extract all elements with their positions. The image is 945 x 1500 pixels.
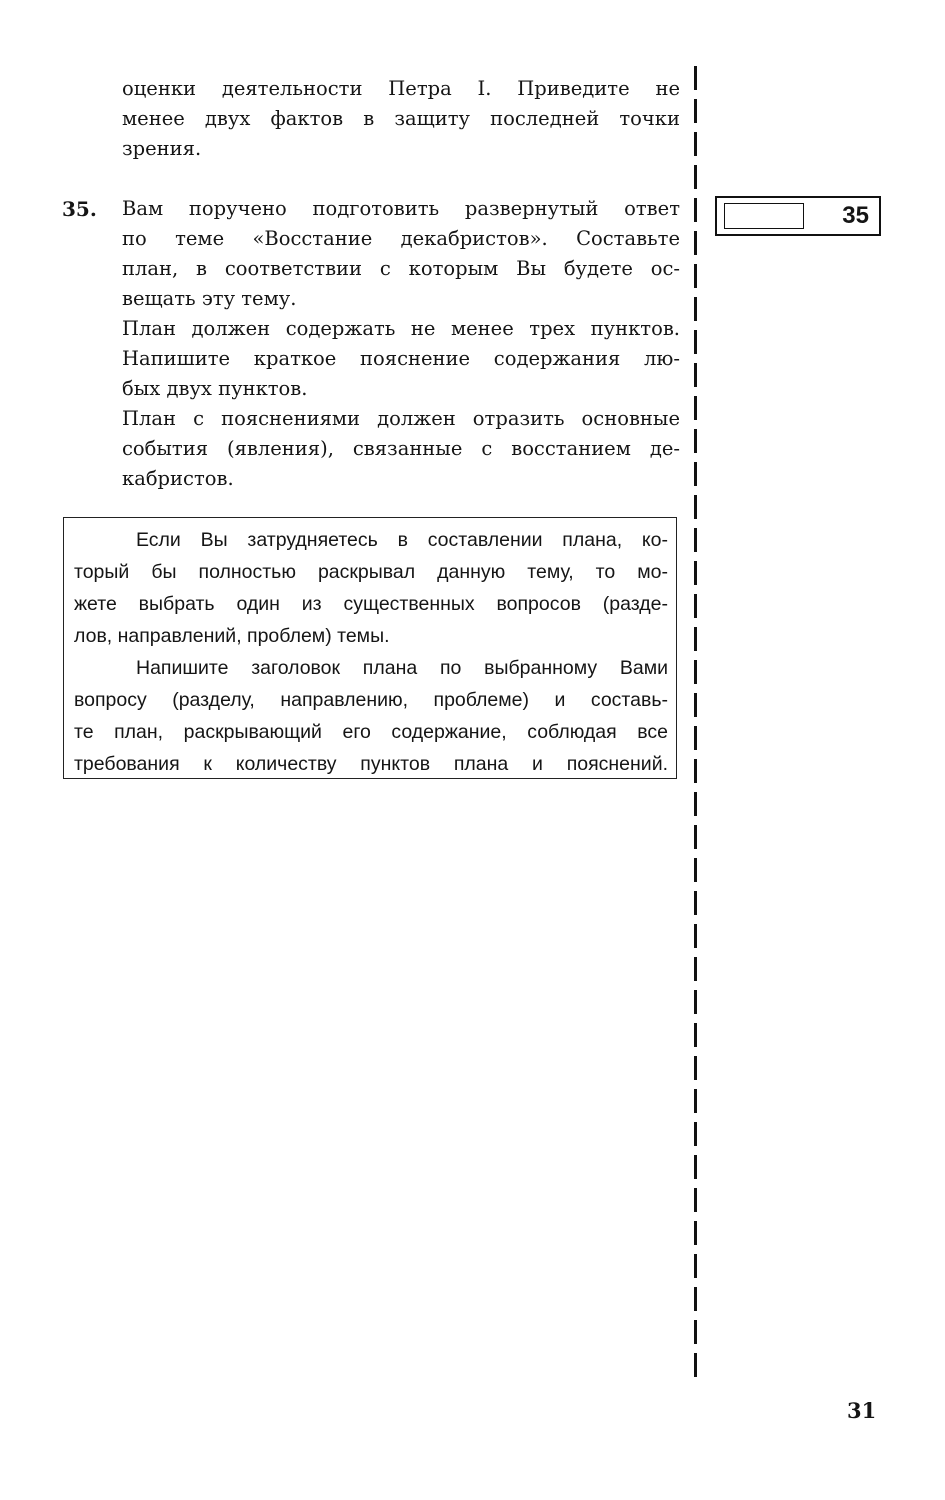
hint-line: торый бы полностью раскрывал данную тему… [74,556,668,588]
answer-box-task-number: 35 [842,201,869,231]
page-number: 31 [847,1398,876,1423]
text-line: менее двух фактов в защиту последней точ… [122,104,680,134]
hint-line: Напишите заголовок плана по выбранному В… [136,652,668,684]
task-line: Напишите краткое пояснение содержания лю… [122,344,680,374]
hint-box: Если Вы затрудняетесь в составлении план… [63,517,677,779]
task-line: вещать эту тему. [122,284,680,314]
task-line: события (явления), связанные с восстание… [122,434,680,464]
answer-box: 35 [715,196,881,236]
hint-line: лов, направлений, проблем) темы. [74,620,668,652]
task-line: План с пояснениями должен отразить основ… [122,404,680,434]
hint-line: Если Вы затрудняетесь в составлении план… [136,524,668,556]
task-number: 35. [62,194,97,224]
task-line: кабристов. [122,464,680,494]
task-line: План должен содержать не менее трех пунк… [122,314,680,344]
hint-line: те план, раскрывающий его содержание, со… [74,716,668,748]
text-line: зрения. [122,134,680,164]
task-line: Вам поручено подготовить развернутый отв… [122,194,680,224]
hint-line: требования к количеству пунктов плана и … [74,748,668,780]
dashed-cut-line [694,66,697,1386]
hint-line: вопросу (разделу, направлению, проблеме)… [74,684,668,716]
task-line: план, в соответствии с которым Вы будете… [122,254,680,284]
task-line: по теме «Восстание декабристов». Составь… [122,224,680,254]
text-line: оценки деятельности Петра I. Приведите н… [122,74,680,104]
task-line: бых двух пунктов. [122,374,680,404]
hint-line: жете выбрать один из существенных вопрос… [74,588,668,620]
answer-field[interactable] [724,203,804,229]
